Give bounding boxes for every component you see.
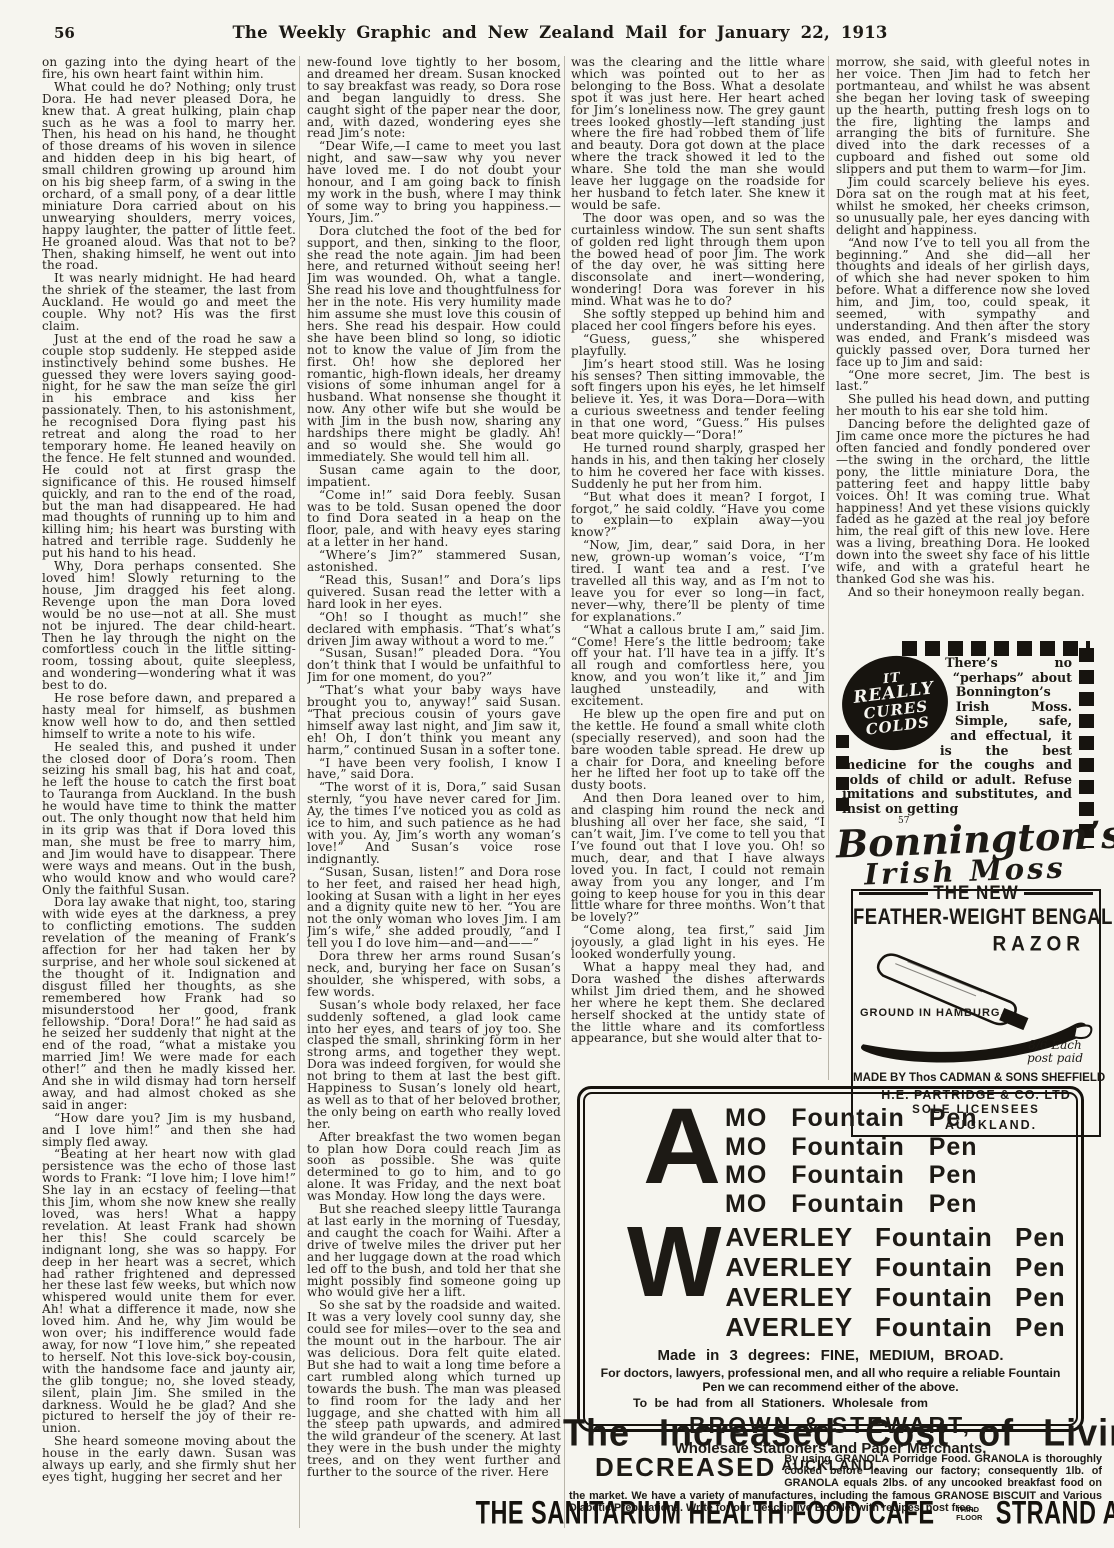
list-item-text: Just at the end of the road he saw a cou… [42,334,296,560]
list-item-text: on gazing into the dying heart of the fi… [42,57,296,81]
pen-availability: To be had from all Stationers. Wholesale… [633,1396,1076,1410]
list-item-text: MO Fountain Pen [725,1133,978,1162]
list-item-text: Jim could scarcely believe his eyes. Dor… [836,177,1090,237]
story-column-2: new-found love tightly to her bosom, and… [307,57,561,1533]
bonnington-irish-moss-ad: ITREALLYCURESCOLDS There’s no “perhaps” … [836,640,1094,890]
list-item-text: MO Fountain Pen [725,1161,978,1190]
list-item-text: “I have been very foolish, I know I have… [307,758,561,782]
list-item-text: “But what does it mean? I forgot, I forg… [571,492,825,540]
price-terms: post paid [1027,1052,1083,1065]
list-item-text: “Susan, Susan!” pleaded Dora. “You don’t… [307,648,561,684]
list-item-text: He turned round sharply, grasped her han… [571,443,825,491]
amo-initial: A [643,1102,719,1191]
waverley-lines: AVERLEY Fountain PenAVERLEY Fountain Pen… [725,1220,1065,1342]
newspaper-page: 56 The Weekly Graphic and New Zealand Ma… [0,0,1114,1548]
list-item-text: “Beating at her heart now with glad pers… [42,1149,296,1435]
page-number: 56 [54,24,75,42]
list-item-text: morrow, she said, with gleeful notes in … [836,57,1090,176]
list-item-text: And so their honeymoon really began. [836,587,1090,599]
waverley-initial: W [627,1220,719,1305]
divider [859,892,928,895]
waverley-pen-block: W AVERLEY Fountain PenAVERLEY Fountain P… [627,1220,1076,1342]
razor-ad-title-main: FEATHER-WEIGHT BENGAL [853,904,1099,930]
floor-line: FLOOR [956,1514,982,1522]
column-divider [828,56,829,1080]
razor-price: 8/6 Each post paid [1027,1039,1083,1065]
list-item-text: What a happy meal they had, and Dora was… [571,962,825,1045]
sanitarium-cafe-footer: THE SANITARIUM HEALTH FOOD CAFE THIRD FL… [563,1499,1111,1528]
column-divider [564,56,565,1528]
list-item-text: What could he do? Nothing; only trust Do… [42,82,296,273]
list-item-text: “One more secret, Jim. The best is last.… [836,370,1090,394]
list-item-text: “The worst of it is, Dora,” said Susan s… [307,782,561,865]
granola-headline: The Increased Cost of Living [563,1414,1108,1452]
list-item-text: “Susan, Susan, listen!” and Dora rose to… [307,867,561,950]
list-item-text: But she reached sleepy little Tauranga a… [307,1204,561,1299]
amo-pen-block: A MO Fountain PenMO Fountain PenMO Fount… [643,1102,1076,1218]
story-column-1: on gazing into the dying heart of the fi… [42,57,296,1533]
list-item-text: AVERLEY Fountain Pen [725,1222,1065,1252]
list-item-text: “How dare you? Jim is my husband, and I … [42,1113,296,1149]
list-item-text: “Oh! so I thought as much!” she declared… [307,612,561,648]
list-item-text: Dancing before the delighted gaze of Jim… [836,419,1090,586]
list-item-text: “Read this, Susan!” and Dora’s lips quiv… [307,575,561,611]
list-item-text: So she sat by the roadside and waited. I… [307,1300,561,1479]
cafe-name: THE SANITARIUM HEALTH FOOD CAFE [476,1495,935,1533]
list-item-text: Dora lay awake that night, too, staring … [42,897,296,1111]
list-item-text: “Come in!” said Dora feebly. Susan was t… [307,490,561,550]
list-item-text: AVERLEY Fountain Pen [725,1312,1065,1342]
list-item-text: “What a callous brute I am,” said Jim. “… [571,625,825,708]
list-item-text: “Guess, guess,” she whispered playfully. [571,334,825,358]
list-item-text: Dora threw her arms round Susan’s neck, … [307,951,561,999]
list-item-text: He sealed this, and pushed it under the … [42,742,296,897]
list-item-text: Jim’s heart stood still. Was he losing h… [571,359,825,442]
fountain-pen-ad: A MO Fountain PenMO Fountain PenMO Fount… [577,1086,1084,1432]
story-column-4: morrow, she said, with gleeful notes in … [836,57,1090,637]
list-item-text: “Come along, tea first,” said Jim joyous… [571,925,825,961]
list-item-text: Susan came again to the door, impatient. [307,465,561,489]
pen-recommendation: For doctors, lawyers, professional men, … [595,1367,1066,1394]
list-item-text: AVERLEY Fountain Pen [725,1252,1065,1282]
ground-in-hamburg-label: GROUND IN HAMBURG. [860,1007,1005,1019]
story-column-3: was the clearing and the little whare wh… [571,57,825,1083]
list-item-text: “Now, Jim, dear,” said Dora, in her new,… [571,540,825,623]
list-item-text: Why, Dora perhaps consented. She loved h… [42,561,296,692]
razor-maker: MADE BY Thos CADMAN & SONS SHEFFIELD [853,1072,1099,1084]
film-strip-icon [902,641,1090,656]
list-item-text: “And now I’ve to tell you all from the b… [836,238,1090,369]
list-item-text: new-found love tightly to her bosom, and… [307,57,561,140]
list-item-text: The door was open, and so was the curtai… [571,213,825,308]
list-item-text: was the clearing and the little whare wh… [571,57,825,212]
list-item-text: And then Dora leaned over to him, and cl… [571,793,825,924]
razor-ad-title-top: THE NEW [933,882,1018,905]
list-item-text: She heard someone moving about the house… [42,1436,296,1484]
amo-lines: MO Fountain PenMO Fountain PenMO Fountai… [725,1102,978,1218]
list-item-text: AVERLEY Fountain Pen [725,1282,1065,1312]
list-item-text: After breakfast the two women began to p… [307,1132,561,1203]
pen-degrees-line: Made in 3 degrees: FINE, MEDIUM, BROAD. [585,1347,1076,1364]
list-item-text: He blew up the open fire and put on the … [571,709,825,792]
list-item-text: MO Fountain Pen [725,1104,978,1133]
list-item-text: She softly stepped up behind him and pla… [571,309,825,333]
list-item-text: MO Fountain Pen [725,1190,978,1219]
film-strip-icon [836,735,849,815]
list-item-text: “Where’s Jim?” stammered Susan, astonish… [307,550,561,574]
cafe-floor-note: THIRD FLOOR [956,1506,982,1521]
list-item-text: She pulled his head down, and putting he… [836,394,1090,418]
list-item-text: He rose before dawn, and prepared a hast… [42,693,296,741]
list-item-text: “Dear Wife,—I came to meet you last nigh… [307,141,561,224]
masthead-title: The Weekly Graphic and New Zealand Mail … [230,23,890,42]
column-divider [299,56,300,1528]
granola-subhead: DECREASED [595,1456,776,1478]
list-item-text: Susan’s whole body relaxed, her face sud… [307,1000,561,1131]
cafe-location: STRAND ARCADE [996,1495,1114,1533]
divider [1024,892,1093,895]
fountain-pen-ad-inner-border: A MO Fountain PenMO Fountain PenMO Fount… [583,1092,1078,1426]
list-item-text: “That’s what your baby ways have brought… [307,685,561,756]
list-item-text: Dora clutched the foot of the bed for su… [307,226,561,464]
list-item-text: It was nearly midnight. He had heard the… [42,273,296,333]
